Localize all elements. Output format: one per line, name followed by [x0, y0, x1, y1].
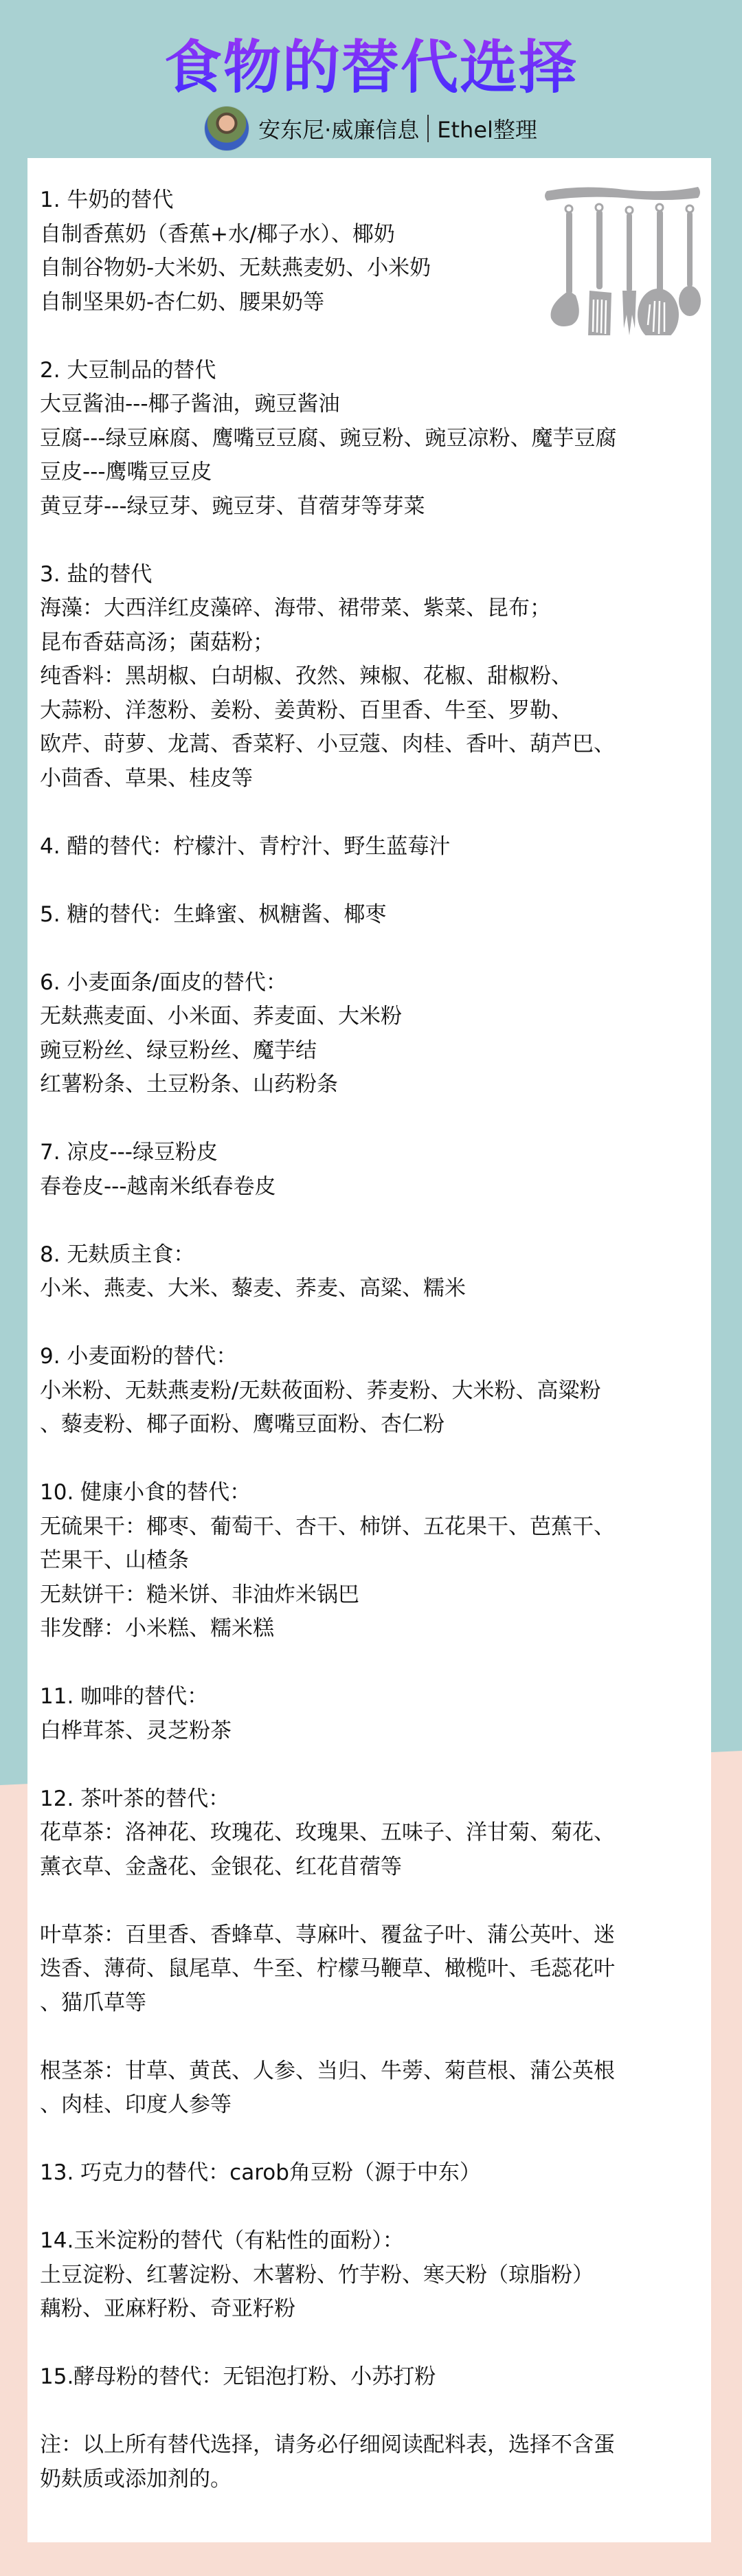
section-yeast: 15.酵母粉的替代：无铝泡打粉、小苏打粉	[40, 2360, 706, 2395]
section-heading: 11. 咖啡的替代：	[40, 1680, 706, 1714]
list-item: 藕粉、亚麻籽粉、奇亚籽粉	[40, 2292, 706, 2327]
section-sugar: 5. 糖的替代：生蜂蜜、枫糖酱、椰枣	[40, 898, 706, 932]
section-heading: 12. 茶叶茶的替代：	[40, 1782, 706, 1817]
section-soy: 2. 大豆制品的替代 大豆酱油---椰子酱油，豌豆酱油 豆腐---绿豆麻腐、鹰嘴…	[40, 354, 706, 524]
section-tea: 12. 茶叶茶的替代： 花草茶：洛神花、玫瑰花、玫瑰果、五味子、洋甘菊、菊花、 …	[40, 1782, 706, 1885]
list-item: 白桦茸茶、灵芝粉茶	[40, 1714, 706, 1749]
section-heading: 6. 小麦面条/面皮的替代：	[40, 966, 706, 1000]
section-heading: 14.玉米淀粉的替代（有粘性的面粉）：	[40, 2224, 706, 2259]
section-snacks: 10. 健康小食的替代： 无硫果干：椰枣、葡萄干、杏干、柿饼、五花果干、芭蕉干、…	[40, 1476, 706, 1646]
author-name: 安东尼·威廉信息	[258, 113, 419, 144]
list-item: 土豆淀粉、红薯淀粉、木薯粉、竹芋粉、寒天粉（琼脂粉）	[40, 2259, 706, 2293]
section-heading: 7. 凉皮---绿豆粉皮	[40, 1136, 706, 1170]
section-gluten-free-staples: 8. 无麸质主食： 小米、燕麦、大米、藜麦、荞麦、高粱、糯米	[40, 1238, 706, 1306]
list-item: 花草茶：洛神花、玫瑰花、玫瑰果、五味子、洋甘菊、菊花、	[40, 1816, 706, 1850]
section-noodles: 6. 小麦面条/面皮的替代： 无麸燕麦面、小米面、荞麦面、大米粉 豌豆粉丝、绿豆…	[40, 966, 706, 1102]
list-item: 自制谷物奶-大米奶、无麸燕麦奶、小米奶	[40, 251, 706, 286]
section-liangpi: 7. 凉皮---绿豆粉皮 春卷皮---越南米纸春卷皮	[40, 1136, 706, 1204]
list-item: 无硫果干：椰枣、葡萄干、杏干、柿饼、五花果干、芭蕉干、	[40, 1510, 706, 1545]
page-title: 食物的替代选择	[0, 33, 742, 102]
list-item: 大豆酱油---椰子酱油，豌豆酱油	[40, 388, 706, 422]
section-note: 注：以上所有替代选择，请务必仔细阅读配料表，选择不含蛋 奶麸质或添加剂的。	[40, 2428, 706, 2496]
list-item: 自制坚果奶-杏仁奶、腰果奶等	[40, 286, 706, 320]
list-item: 迭香、薄荷、鼠尾草、牛至、柠檬马鞭草、橄榄叶、毛蕊花叶	[40, 1952, 706, 1986]
header: 食物的替代选择 安东尼·威廉信息 Ethel整理	[0, 0, 742, 158]
list-item: 无麸燕麦面、小米面、荞麦面、大米粉	[40, 1000, 706, 1034]
list-item: 无麸饼干：糙米饼、非油炸米锅巴	[40, 1578, 706, 1613]
avatar	[205, 107, 249, 150]
section-coffee: 11. 咖啡的替代： 白桦茸茶、灵芝粉茶	[40, 1680, 706, 1748]
list-item: 豆皮---鹰嘴豆豆皮	[40, 456, 706, 490]
section-heading: 4. 醋的替代：柠檬汁、青柠汁、野生蓝莓汁	[40, 830, 706, 864]
list-item: 红薯粉条、土豆粉条、山药粉条	[40, 1068, 706, 1102]
list-item: 小米、燕麦、大米、藜麦、荞麦、高粱、糯米	[40, 1272, 706, 1306]
section-wheat-flour: 9. 小麦面粉的替代： 小米粉、无麸燕麦粉/无麸莜面粉、荞麦粉、大米粉、高粱粉 …	[40, 1340, 706, 1442]
section-heading: 10. 健康小食的替代：	[40, 1476, 706, 1510]
section-leaf-tea: 叶草茶：百里香、香蜂草、荨麻叶、覆盆子叶、蒲公英叶、迷 迭香、薄荷、鼠尾草、牛至…	[40, 1918, 706, 2021]
section-heading: 8. 无麸质主食：	[40, 1238, 706, 1273]
byline: 安东尼·威廉信息 Ethel整理	[0, 107, 742, 150]
content-card: 1. 牛奶的替代 自制香蕉奶（香蕉+水/椰子水）、椰奶 自制谷物奶-大米奶、无麸…	[27, 158, 711, 2542]
section-heading: 3. 盐的替代	[40, 558, 706, 592]
section-heading: 15.酵母粉的替代：无铝泡打粉、小苏打粉	[40, 2360, 706, 2395]
substitution-list: 1. 牛奶的替代 自制香蕉奶（香蕉+水/椰子水）、椰奶 自制谷物奶-大米奶、无麸…	[40, 183, 706, 2531]
section-heading: 9. 小麦面粉的替代：	[40, 1340, 706, 1374]
list-item: 黄豆芽---绿豆芽、豌豆芽、苜蓿芽等芽菜	[40, 490, 706, 524]
note-text: 注：以上所有替代选择，请务必仔细阅读配料表，选择不含蛋	[40, 2428, 706, 2463]
list-item: 芒果干、山楂条	[40, 1544, 706, 1578]
list-item: 叶草茶：百里香、香蜂草、荨麻叶、覆盆子叶、蒲公英叶、迷	[40, 1918, 706, 1953]
list-item: 小米粉、无麸燕麦粉/无麸莜面粉、荞麦粉、大米粉、高粱粉	[40, 1374, 706, 1409]
list-item: 纯香料：黑胡椒、白胡椒、孜然、辣椒、花椒、甜椒粉、	[40, 660, 706, 694]
section-vinegar: 4. 醋的替代：柠檬汁、青柠汁、野生蓝莓汁	[40, 830, 706, 864]
section-cornstarch: 14.玉米淀粉的替代（有粘性的面粉）： 土豆淀粉、红薯淀粉、木薯粉、竹芋粉、寒天…	[40, 2224, 706, 2327]
list-item: 、肉桂、印度人参等	[40, 2088, 706, 2123]
list-item: 自制香蕉奶（香蕉+水/椰子水）、椰奶	[40, 218, 706, 252]
list-item: 薰衣草、金盏花、金银花、红花苜蓿等	[40, 1850, 706, 1885]
list-item: 非发酵：小米糕、糯米糕	[40, 1612, 706, 1646]
editor-name: Ethel整理	[437, 113, 537, 144]
list-item: 根茎茶：甘草、黄芪、人参、当归、牛蒡、菊苣根、蒲公英根	[40, 2054, 706, 2089]
list-item: 大蒜粉、洋葱粉、姜粉、姜黄粉、百里香、牛至、罗勒、	[40, 694, 706, 728]
section-root-tea: 根茎茶：甘草、黄芪、人参、当归、牛蒡、菊苣根、蒲公英根 、肉桂、印度人参等	[40, 2054, 706, 2123]
list-item: 欧芹、莳萝、龙蒿、香菜籽、小豆蔻、肉桂、香叶、葫芦巴、	[40, 728, 706, 762]
section-chocolate: 13. 巧克力的替代：carob角豆粉（源于中东）	[40, 2156, 706, 2191]
section-heading: 2. 大豆制品的替代	[40, 354, 706, 388]
list-item: 豌豆粉丝、绿豆粉丝、魔芋结	[40, 1034, 706, 1068]
section-heading: 5. 糖的替代：生蜂蜜、枫糖酱、椰枣	[40, 898, 706, 932]
list-item: 豆腐---绿豆麻腐、鹰嘴豆豆腐、豌豆粉、豌豆凉粉、魔芋豆腐	[40, 422, 706, 456]
list-item: 、藜麦粉、椰子面粉、鹰嘴豆面粉、杏仁粉	[40, 1408, 706, 1442]
divider	[427, 115, 429, 142]
section-salt: 3. 盐的替代 海藻：大西洋红皮藻碎、海带、裙带菜、紫菜、昆布； 昆布香菇高汤；…	[40, 558, 706, 796]
note-text: 奶麸质或添加剂的。	[40, 2463, 706, 2497]
list-item: 海藻：大西洋红皮藻碎、海带、裙带菜、紫菜、昆布；	[40, 592, 706, 626]
section-heading: 1. 牛奶的替代	[40, 183, 706, 218]
section-heading: 13. 巧克力的替代：carob角豆粉（源于中东）	[40, 2156, 706, 2191]
list-item: 、猫爪草等	[40, 1986, 706, 2021]
byline-text: 安东尼·威廉信息 Ethel整理	[258, 113, 537, 144]
list-item: 昆布香菇高汤；菌菇粉；	[40, 626, 706, 660]
section-milk: 1. 牛奶的替代 自制香蕉奶（香蕉+水/椰子水）、椰奶 自制谷物奶-大米奶、无麸…	[40, 183, 706, 320]
list-item: 春卷皮---越南米纸春卷皮	[40, 1170, 706, 1205]
list-item: 小茴香、草果、桂皮等	[40, 762, 706, 796]
